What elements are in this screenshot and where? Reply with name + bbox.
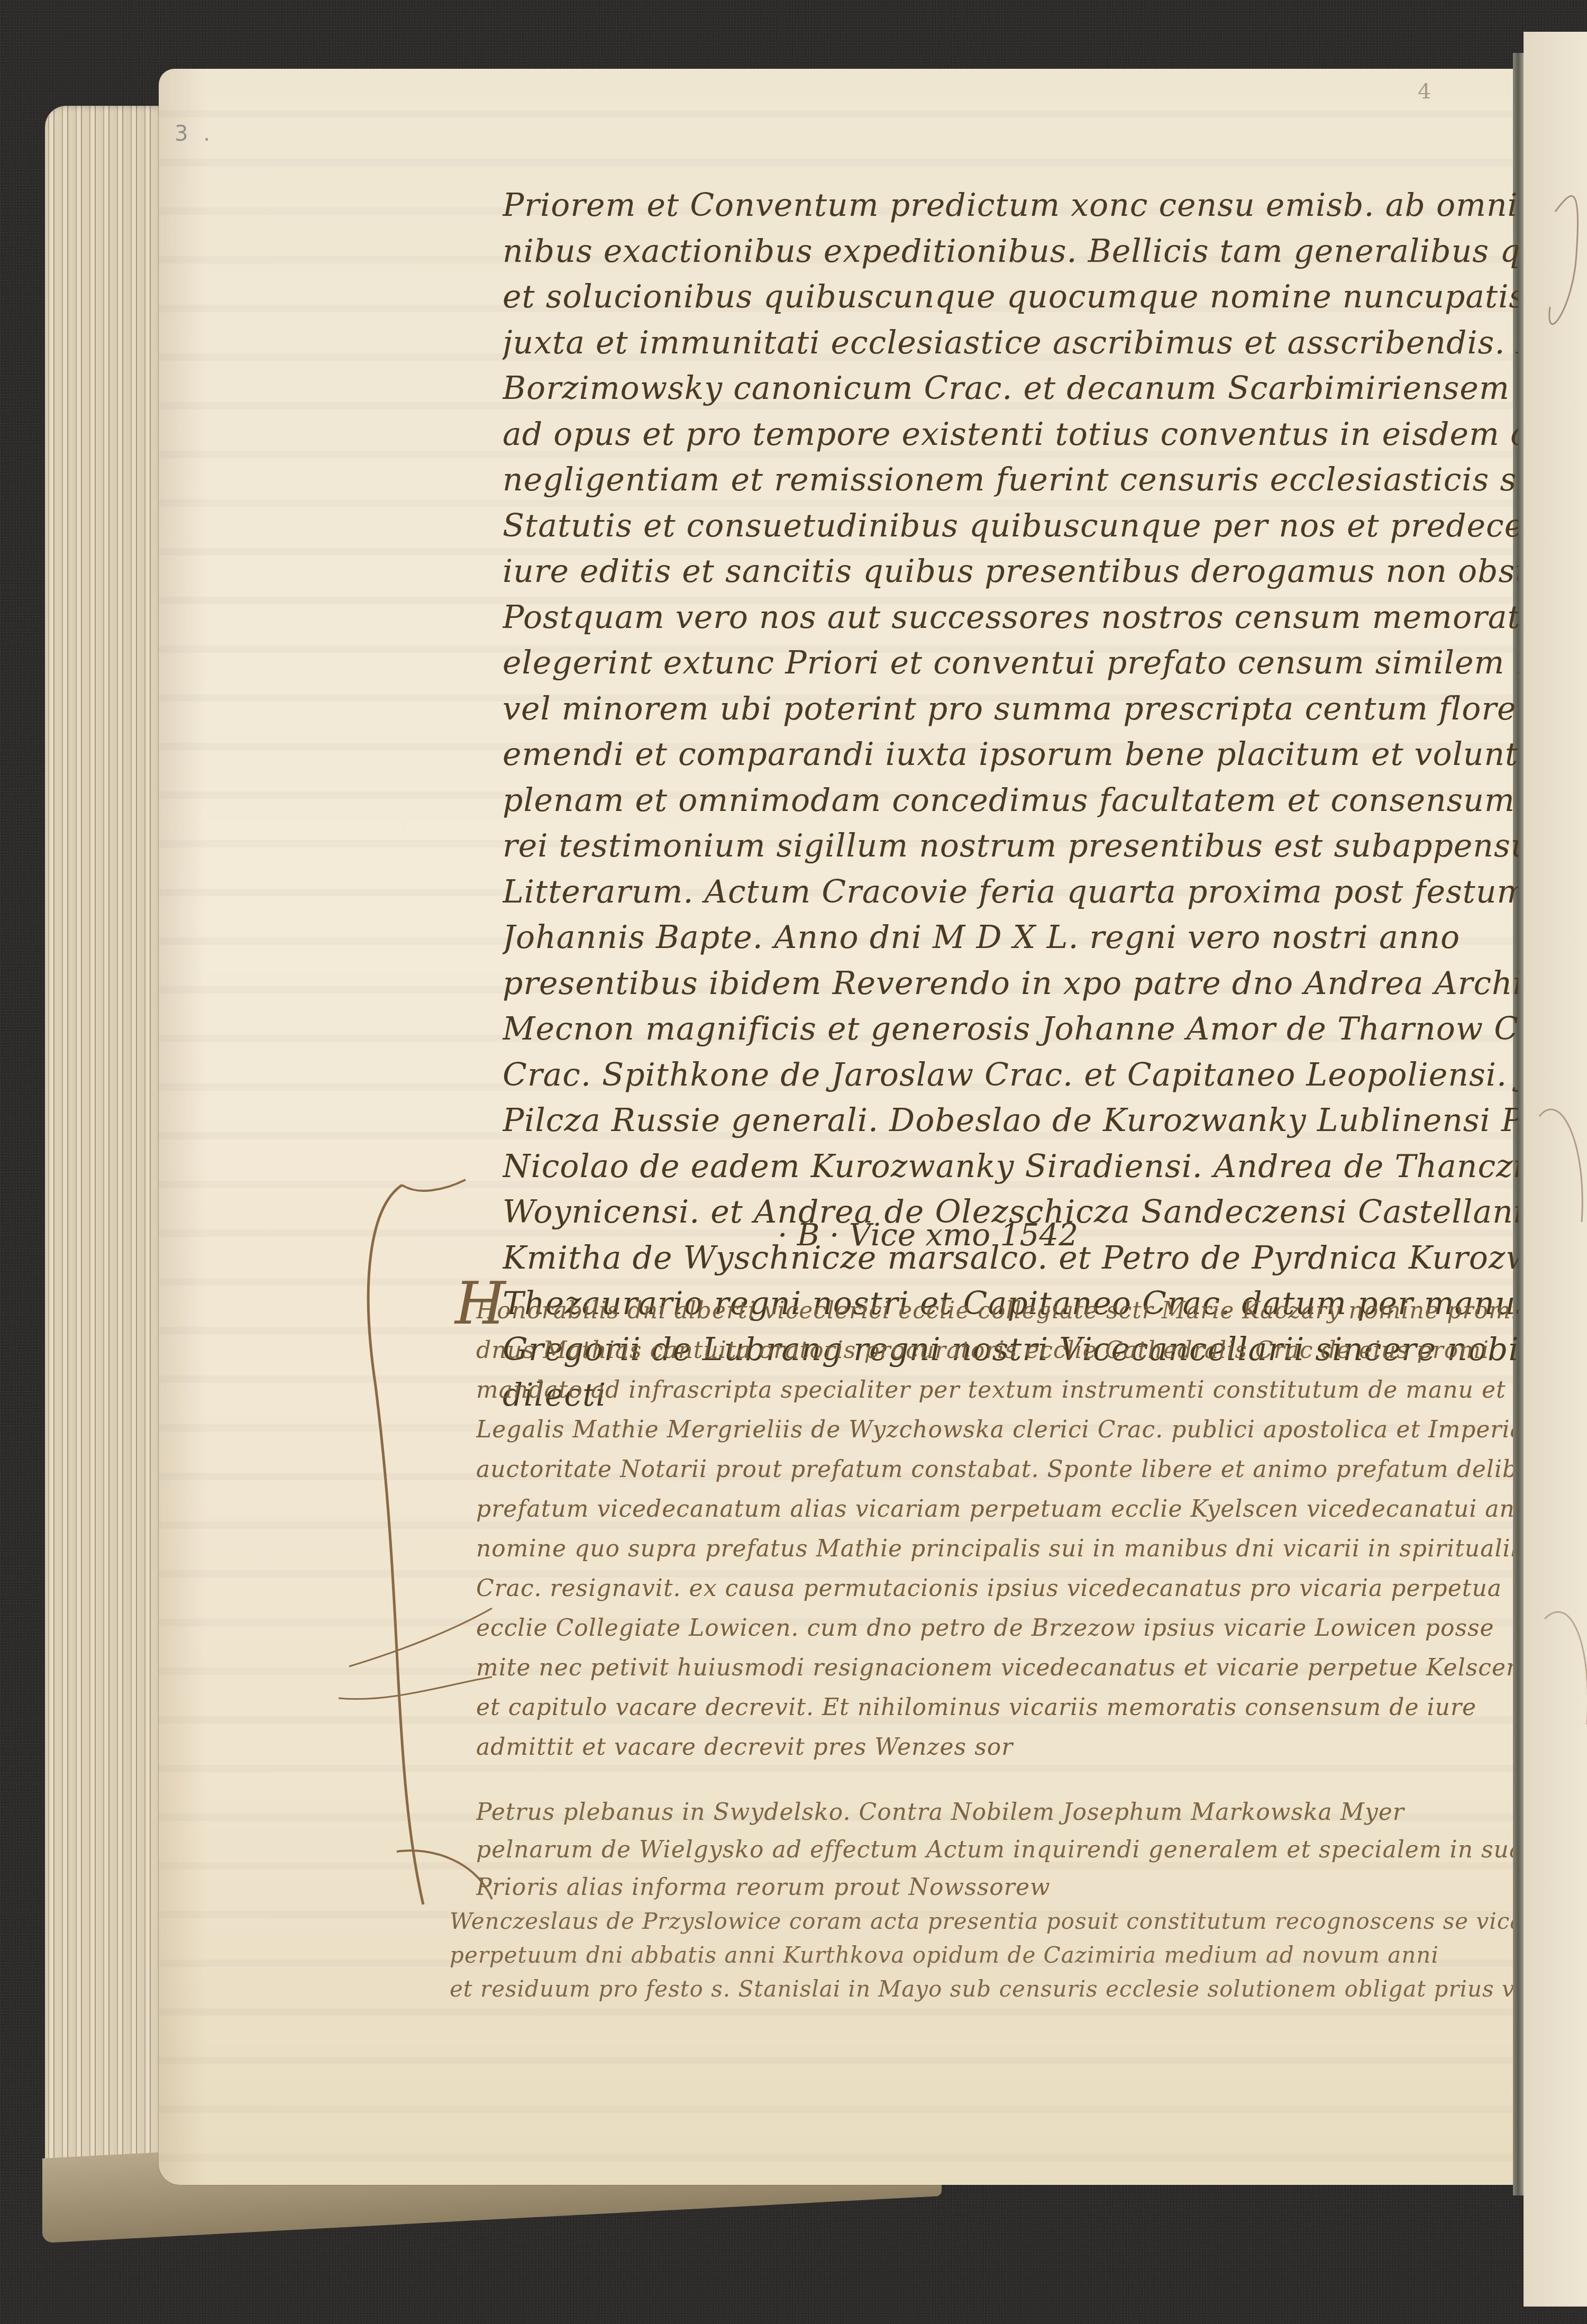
text-line: et residuum pro festo s. Stanislai in Ma…: [450, 1972, 1513, 2006]
text-line: nomine quo supra prefatus Mathie princip…: [476, 1529, 1513, 1569]
text-line: Mecnon magnificis et generosis Johanne A…: [503, 1006, 1518, 1052]
text-line: Litterarum. Actum Cracovie feria quarta …: [503, 869, 1518, 915]
text-line: auctoritate Notarii prout prefatum const…: [476, 1450, 1513, 1489]
text-line: Borzimowsky canonicum Crac. et decanum S…: [503, 366, 1518, 412]
text-line: Pilcza Russie generali. Dobeslao de Kuro…: [503, 1098, 1518, 1144]
text-line: mandato ad infrascripta specialiter per …: [476, 1370, 1513, 1410]
text-line: iure editis et sancitis quibus presentib…: [503, 549, 1518, 595]
text-line: rei testimonium sigillum nostrum present…: [503, 823, 1518, 869]
facing-page-script-fragments: [1524, 32, 1587, 2307]
text-line: admittit et vacare decrevit pres Wenzes …: [476, 1727, 1513, 1767]
text-line: Crac. resignavit. ex causa permutacionis…: [476, 1569, 1513, 1608]
text-line: Wenczeslaus de Przyslowice coram acta pr…: [450, 1904, 1513, 1938]
text-line: emendi et comparandi iuxta ipsorum bene …: [503, 732, 1518, 778]
text-line: Nicolao de eadem Kurozwanky Siradiensi. …: [503, 1144, 1518, 1190]
entry-3-text-block: Petrus plebanus in Swydelsko. Contra Nob…: [476, 1793, 1513, 1906]
text-line: perpetuum dni abbatis anni Kurthkova opi…: [450, 1938, 1513, 1972]
text-line: juxta et immunitati ecclesiastice ascrib…: [503, 320, 1518, 366]
text-line: ecclie Collegiate Lowicen. cum dno petro…: [476, 1608, 1513, 1648]
text-line: ad opus et pro tempore existenti totius …: [503, 412, 1518, 458]
pencil-mark: 3 .: [175, 122, 214, 146]
text-line: Postquam vero nos aut successores nostro…: [503, 595, 1518, 641]
entry-2-text-block: Honorabilis dni alberti viceclerici eccl…: [476, 1291, 1513, 1767]
text-line: Petrus plebanus in Swydelsko. Contra Nob…: [476, 1793, 1513, 1831]
text-line: et solucionibus quibuscunque quocumque n…: [503, 274, 1518, 320]
closing-signature-line: · B · Vice xmo 1542: [778, 1217, 1078, 1253]
folio-mark: 4: [1418, 79, 1431, 104]
text-line: elegerint extunc Priori et conventui pre…: [503, 640, 1518, 686]
entry-4-text-block: Wenczeslaus de Przyslowice coram acta pr…: [450, 1904, 1513, 2006]
text-line: nibus exactionibus expeditionibus. Belli…: [503, 229, 1518, 275]
text-line: negligentiam et remissionem fuerint cens…: [503, 457, 1518, 503]
text-line: et capitulo vacare decrevit. Et nihilomi…: [476, 1688, 1513, 1727]
facing-page: [1524, 32, 1587, 2307]
text-line: Priorem et Conventum predictum xonc cens…: [503, 183, 1518, 229]
text-line: Crac. Spithkone de Jaroslaw Crac. et Cap…: [503, 1052, 1518, 1098]
text-line: presentibus ibidem Reverendo in xpo patr…: [503, 961, 1518, 1007]
text-line: vel minorem ubi poterint pro summa presc…: [503, 686, 1518, 732]
text-line: prefatum vicedecanatum alias vicariam pe…: [476, 1489, 1513, 1529]
text-line: Johannis Bapte. Anno dni M D X L. regni …: [503, 915, 1518, 961]
text-line: dnus Mathias cantuita oratoris procurato…: [476, 1330, 1513, 1370]
text-line: Legalis Mathie Mergrieliis de Wyzchowska…: [476, 1410, 1513, 1450]
text-line: Honorabilis dni alberti viceclerici eccl…: [476, 1291, 1513, 1330]
text-line: Prioris alias informa reorum prout Nowss…: [476, 1869, 1513, 1906]
text-line: pelnarum de Wielgysko ad effectum Actum …: [476, 1831, 1513, 1869]
text-line: Statutis et consuetudinibus quibuscunque…: [503, 503, 1518, 549]
text-line: plenam et omnimodam concedimus facultate…: [503, 778, 1518, 824]
text-line: mite nec petivit huiusmodi resignacionem…: [476, 1648, 1513, 1688]
